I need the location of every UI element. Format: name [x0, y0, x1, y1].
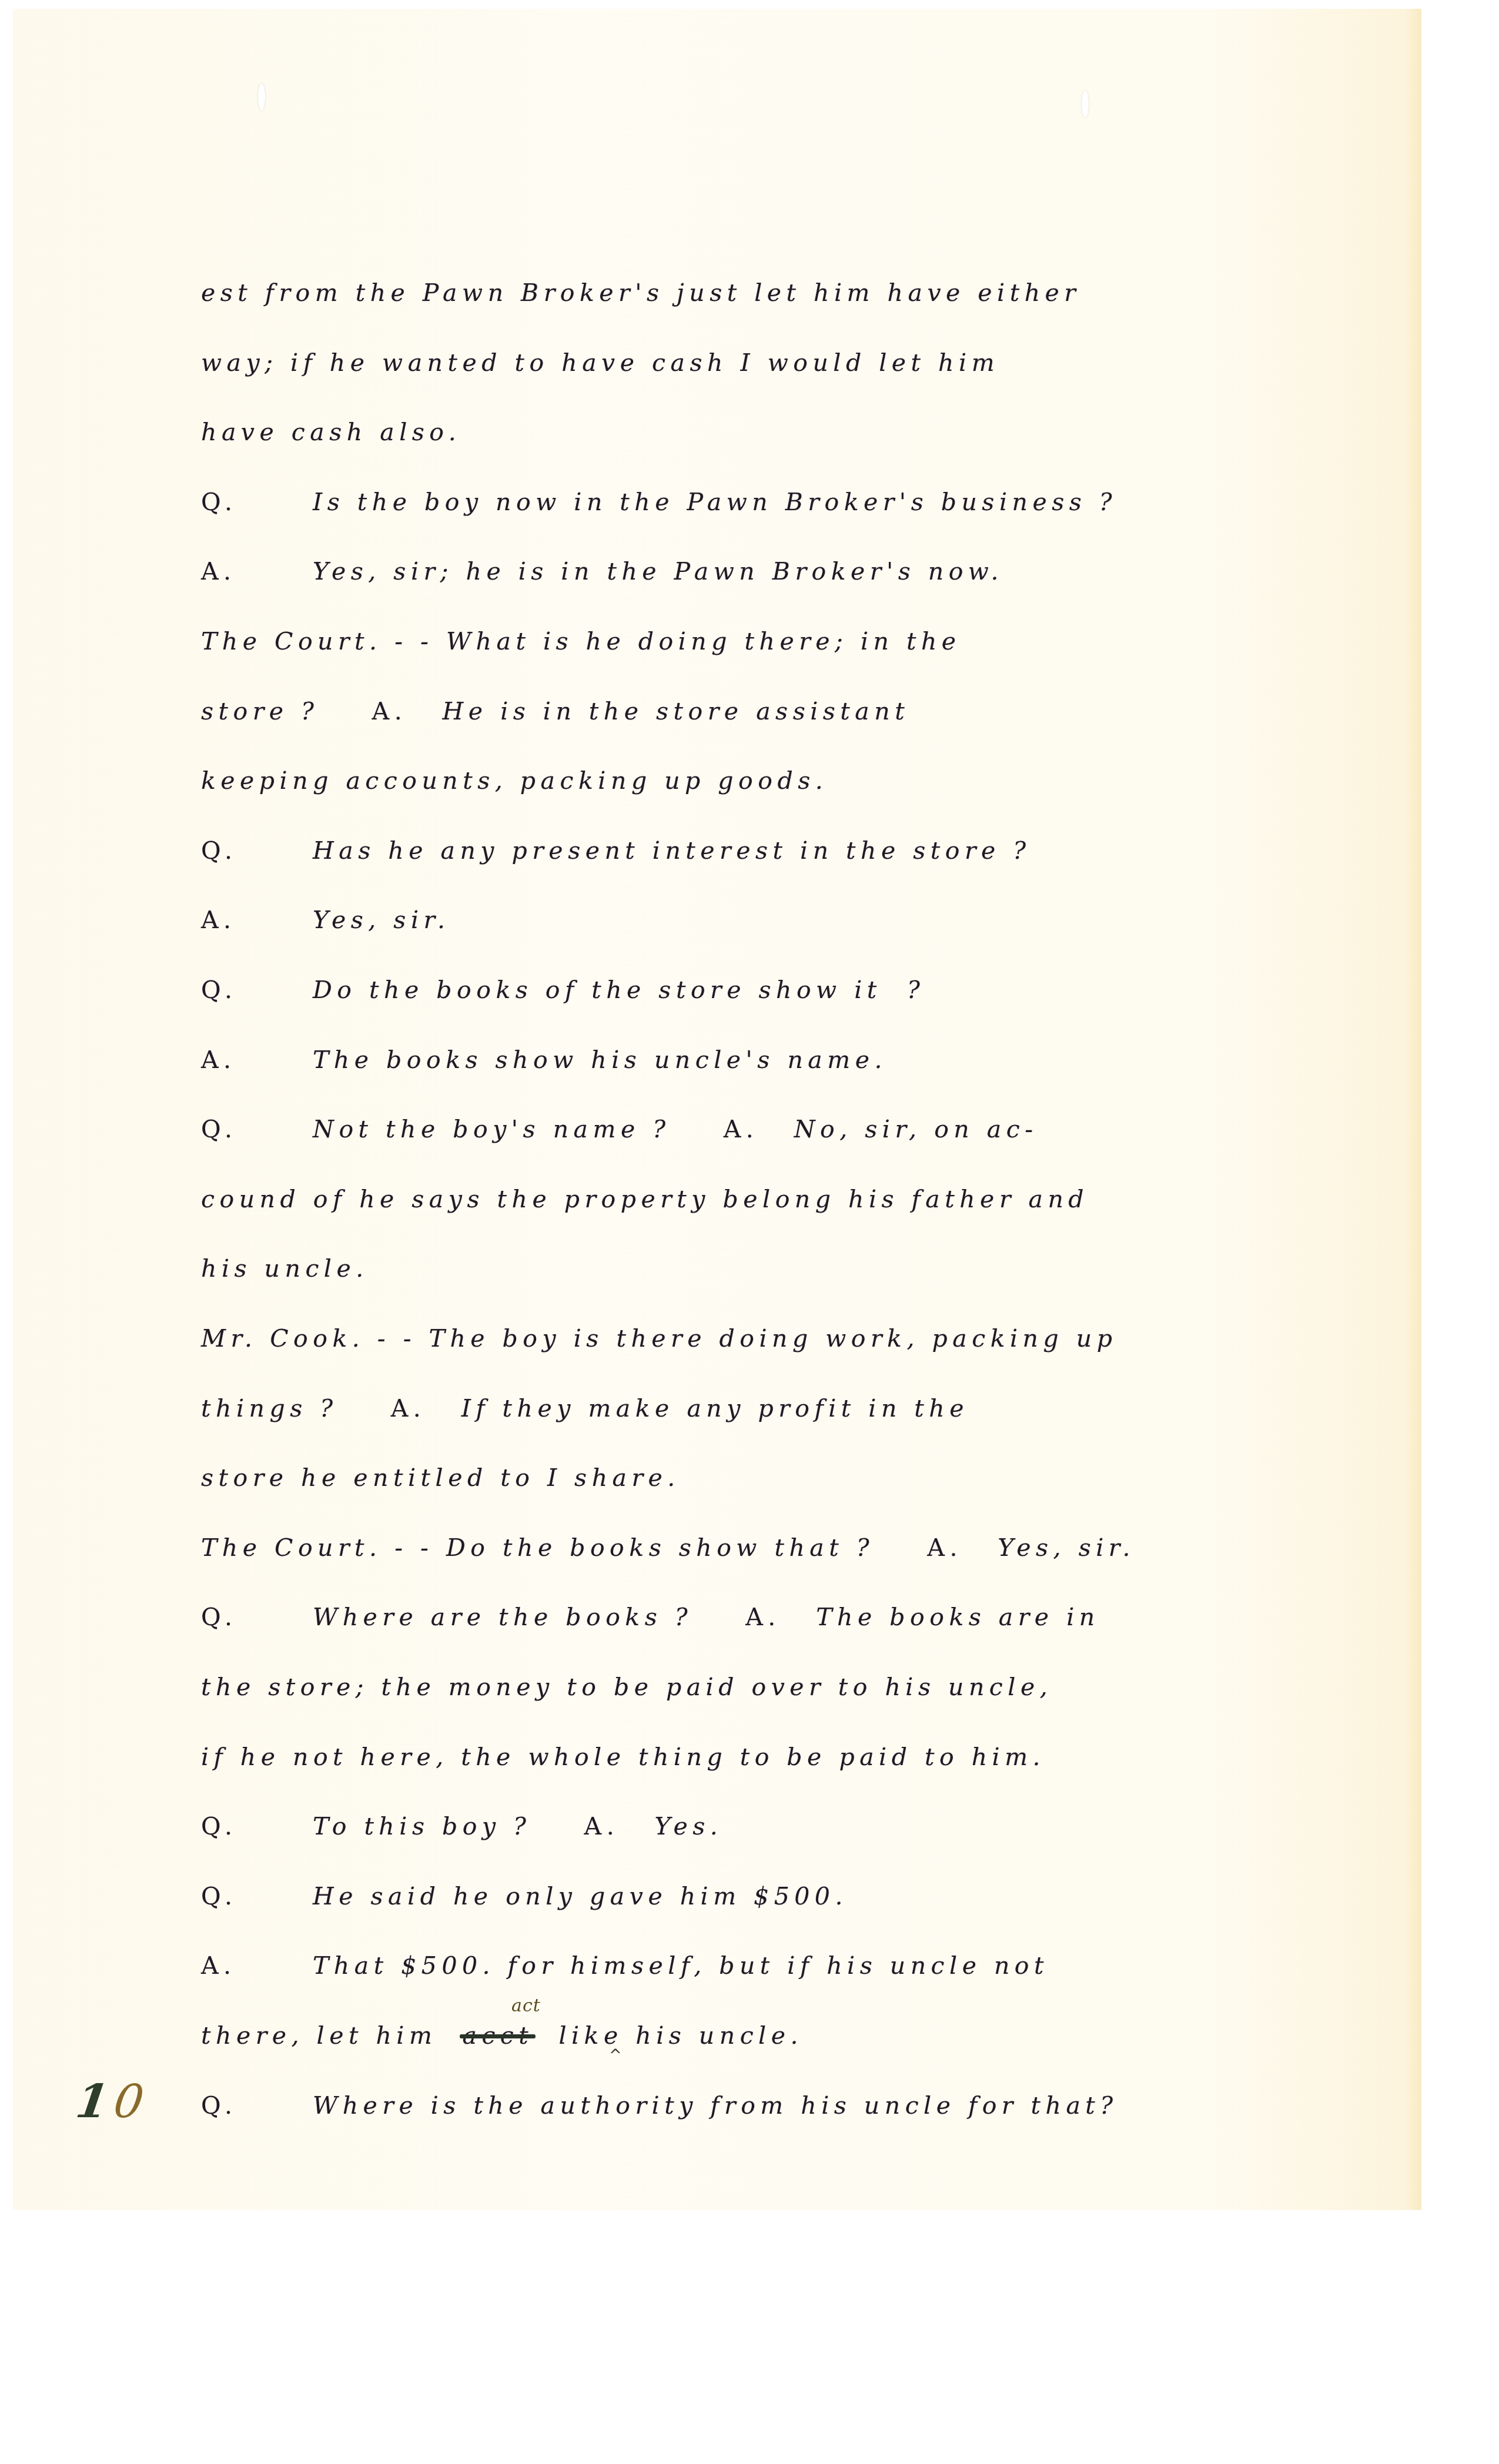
line-text: That $500. for himself, but if his uncle… — [313, 1951, 1049, 1980]
line-text: the store; the money to be paid over to … — [201, 1673, 1052, 1701]
transcript-line: way; if he wanted to have cash I would l… — [201, 345, 999, 380]
transcript-line: there, let him acct like his uncle. — [201, 2018, 803, 2053]
transcript-line: Q.Where is the authority from his uncle … — [201, 2088, 1118, 2123]
answer-label: A. — [201, 554, 313, 589]
line-text: Where are the books ? — [313, 1603, 692, 1631]
transcript-line: Q.Where are the books ?A.The books are i… — [201, 1599, 1100, 1635]
transcript-line: The Court. - - What is he doing there; i… — [201, 624, 961, 659]
question-label: Q. — [201, 1112, 313, 1147]
transcript-line: The Court. - - Do the books show that ?A… — [201, 1530, 1135, 1565]
line-text: est from the Pawn Broker's just let him … — [201, 279, 1080, 307]
answer-label: A. — [391, 1391, 461, 1426]
transcript-line: Q.To this boy ?A.Yes. — [201, 1809, 722, 1844]
answer-label: A. — [372, 694, 443, 729]
transcript-line: est from the Pawn Broker's just let him … — [201, 275, 1080, 310]
question-label: Q. — [201, 484, 313, 520]
transcript-line: Q.Not the boy's name ?A.No, sir, on ac- — [201, 1112, 1038, 1147]
struck-out-word: acct — [462, 2018, 533, 2053]
line-text: if he not here, the whole thing to be pa… — [201, 1743, 1045, 1771]
answer-text: No, sir, on ac- — [794, 1115, 1038, 1143]
handwritten-insertion: act — [511, 1996, 541, 2016]
line-text: Has he any present interest in the store… — [313, 836, 1031, 865]
transcript-line: Q.Has he any present interest in the sto… — [201, 833, 1031, 868]
answer-label: A. — [201, 1042, 313, 1077]
transcript-line: A.That $500. for himself, but if his unc… — [201, 1948, 1049, 1983]
transcript-line: store he entitled to I share. — [201, 1460, 680, 1495]
transcript-line: cound of he says the property belong his… — [201, 1181, 1089, 1217]
answer-text: If they make any profit in the — [461, 1394, 969, 1422]
transcript-line: store ?A.He is in the store assistant — [201, 694, 909, 729]
transcript-line: A.The books show his uncle's name. — [201, 1042, 887, 1077]
line-text: Where is the authority from his uncle fo… — [313, 2091, 1118, 2120]
answer-label: A. — [201, 1948, 313, 1983]
line-text: He said he only gave him $500. — [313, 1882, 848, 1910]
answer-label: A. — [201, 902, 313, 938]
answer-label: A. — [724, 1112, 794, 1147]
line-text: Is the boy now in the Pawn Broker's busi… — [313, 488, 1117, 516]
line-text: Yes, sir; he is in the Pawn Broker's now… — [313, 557, 1003, 585]
line-text: The Court. - - What is he doing there; i… — [201, 627, 961, 655]
page-number: 10 — [73, 2075, 153, 2128]
line-text: The Court. - - Do the books show that ? — [201, 1534, 874, 1562]
page-number-digit: 0 — [111, 2075, 153, 2128]
line-text: cound of he says the property belong his… — [201, 1185, 1089, 1213]
line-text: Yes, sir. — [313, 906, 450, 934]
question-label: Q. — [201, 833, 313, 868]
question-label: Q. — [201, 2088, 313, 2123]
answer-label: A. — [927, 1530, 998, 1565]
line-text: The books show his uncle's name. — [313, 1046, 887, 1074]
answer-text: Yes. — [655, 1812, 723, 1840]
line-text: have cash also. — [201, 418, 461, 446]
transcript-line: things ?A.If they make any profit in the — [201, 1391, 969, 1426]
line-text: things ? — [201, 1394, 338, 1422]
answer-text: Yes, sir. — [998, 1534, 1135, 1562]
answer-text: He is in the store assistant — [443, 697, 910, 725]
transcript-line: A.Yes, sir. — [201, 902, 450, 938]
question-label: Q. — [201, 972, 313, 1007]
line-text: Not the boy's name ? — [313, 1115, 671, 1143]
transcript-line: if he not here, the whole thing to be pa… — [201, 1739, 1045, 1775]
punch-hole-left — [258, 83, 265, 111]
question-label: Q. — [201, 1599, 313, 1635]
line-text: his uncle. — [201, 1254, 369, 1283]
insertion-caret-icon: ^ — [609, 2047, 622, 2064]
transcript-line: Q.Do the books of the store show it ? — [201, 972, 925, 1007]
answer-text: The books are in — [816, 1603, 1099, 1631]
transcript-line: Q.He said he only gave him $500. — [201, 1879, 848, 1914]
transcript-line: Q.Is the boy now in the Pawn Broker's bu… — [201, 484, 1117, 520]
transcript-line: A.Yes, sir; he is in the Pawn Broker's n… — [201, 554, 1003, 589]
line-text: store he entitled to I share. — [201, 1464, 680, 1492]
transcript-line: have cash also. — [201, 414, 461, 450]
line-text: way; if he wanted to have cash I would l… — [201, 349, 999, 377]
line-text-continued: like his uncle. — [558, 2021, 803, 2050]
transcript-line: the store; the money to be paid over to … — [201, 1669, 1052, 1705]
answer-label: A. — [584, 1809, 655, 1844]
line-text: Do the books of the store show it ? — [313, 976, 925, 1004]
line-text: there, let him — [201, 2021, 437, 2050]
question-label: Q. — [201, 1879, 313, 1914]
transcript-line: keeping accounts, packing up goods. — [201, 763, 828, 798]
line-text: keeping accounts, packing up goods. — [201, 766, 828, 795]
transcript-line: Mr. Cook. - - The boy is there doing wor… — [201, 1321, 1117, 1356]
answer-label: A. — [745, 1599, 816, 1635]
question-label: Q. — [201, 1809, 313, 1844]
punch-hole-right — [1082, 91, 1089, 118]
transcript-line: his uncle. — [201, 1251, 369, 1286]
line-text: store ? — [201, 697, 319, 725]
line-text: To this boy ? — [313, 1812, 531, 1840]
line-text: Mr. Cook. - - The boy is there doing wor… — [201, 1324, 1117, 1352]
